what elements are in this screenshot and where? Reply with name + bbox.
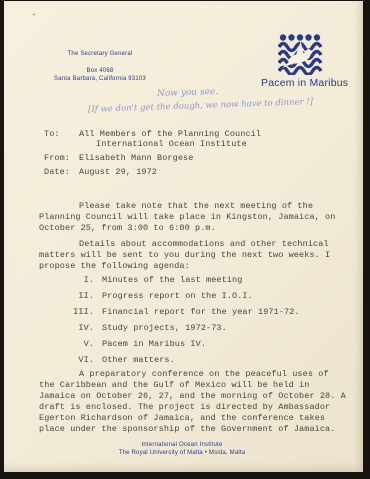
scan-speck: · [17,24,19,31]
agenda-text: Pacem in Maribus IV. [102,339,206,350]
sender-address-line2: Santa Barbara, California 93103 [40,75,160,83]
logo-caption: Pacem in Maribus [261,77,339,89]
to-value-line1: All Members of the Planning Council [79,129,261,139]
handwritten-note-line2: [If we don't get the dough, we now have … [88,97,313,115]
pacem-in-maribus-waves-dove-icon [261,33,339,75]
agenda-text: Progress report on the I.O.I. [102,291,253,302]
from-value: Elisabeth Mann Borgese [79,153,193,163]
registration-mark: + [32,12,36,19]
handwritten-note-line1: Now you see. [157,87,218,99]
agenda-item: IV. Study projects, 1972-73. [56,323,300,334]
letterhead-logo-block: Pacem in Maribus [261,33,339,89]
agenda-numeral: VI. [56,355,94,366]
body-paragraph-1: Please take note that the next meeting o… [39,201,348,234]
agenda-item: VI. Other matters. [56,355,300,366]
footer-line2: The Royal University of Malta • Msida, M… [8,449,356,457]
to-label: To: [44,129,79,140]
agenda-numeral: II. [56,291,94,302]
agenda-item: V. Pacem in Maribus IV. [56,339,300,350]
sender-title: The Secretary General [40,50,160,58]
paper-sheet: + · The Secretary General Box 4068 Santa… [4,1,363,472]
agenda-item: II. Progress report on the I.O.I. [56,291,300,302]
sender-address-line1: Box 4068 [40,67,160,75]
memo-date-row: Date:August 29, 1972 [44,167,157,178]
agenda-text: Other matters. [102,355,175,366]
agenda-item: III. Financial report for the year 1971-… [56,307,300,318]
agenda-item: I. Minutes of the last meeting [56,275,300,286]
footer-line1: International Ocean Institute [8,441,356,449]
agenda-text: Minutes of the last meeting [102,275,242,286]
letterhead-sender-block: The Secretary General Box 4068 Santa Bar… [40,50,160,83]
agenda-numeral: I. [56,275,94,286]
agenda-text: Financial report for the year 1971-72. [102,307,300,318]
scanned-memo-page: + · The Secretary General Box 4068 Santa… [0,0,370,479]
memo-from-row: From:Elisabeth Mann Borgese [44,153,193,164]
body-paragraph-2: Details about accommodations and other t… [39,239,348,272]
from-label: From: [44,153,79,164]
to-value-line2: International Ocean Institute [96,139,247,150]
body-paragraph-3: A preparatory conference on the peaceful… [39,369,348,435]
agenda-numeral: III. [56,307,94,318]
letterhead-footer: International Ocean Institute The Royal … [8,441,356,457]
agenda-text: Study projects, 1972-73. [102,323,227,334]
date-value: August 29, 1972 [79,167,157,177]
agenda-numeral: V. [56,339,94,350]
agenda-numeral: IV. [56,323,94,334]
agenda-list: I. Minutes of the last meeting II. Progr… [56,275,300,371]
date-label: Date: [44,167,79,178]
